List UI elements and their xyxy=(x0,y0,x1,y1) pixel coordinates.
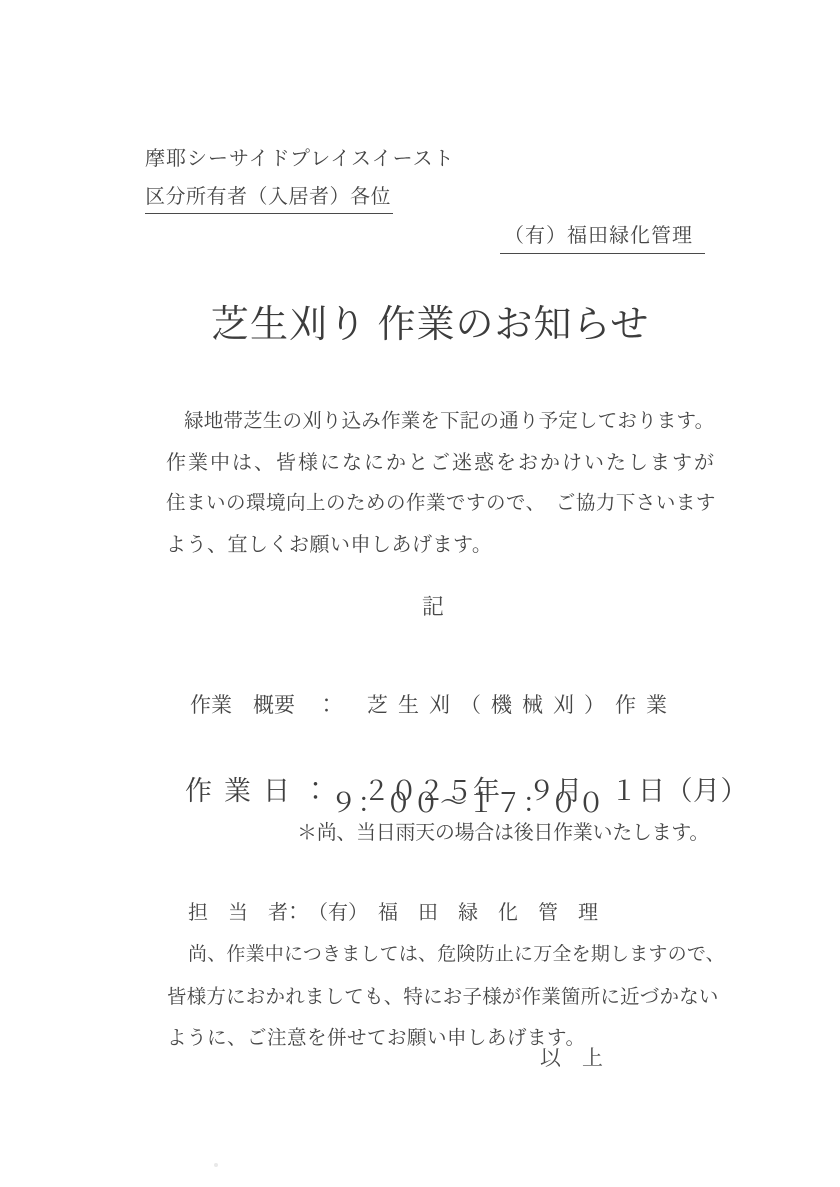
notice-title: 芝生刈り 作業のお知らせ xyxy=(211,304,649,348)
record-marker: 記 xyxy=(422,594,444,619)
addressee-building: 摩耶シーサイドプレイスイースト xyxy=(145,148,455,171)
rain-note: ＊尚、当日雨天の場合は後日作業いたします。 xyxy=(297,822,709,845)
intro-line-4: よう、宜しくお願い申しあげます。 xyxy=(166,534,492,557)
work-overview-line: 作業 概要 ：芝生刈（機械刈）作業 xyxy=(169,669,677,741)
work-overview-value: 芝生刈（機械刈）作業 xyxy=(367,693,677,717)
work-date-label: 作業日： xyxy=(185,776,341,806)
contact-line: 担 当 者： （有） 福 田 緑 化 管 理 xyxy=(188,902,598,925)
closing-mark: 以 上 xyxy=(540,1046,603,1070)
intro-line-2: 作業中は、皆様になにかとご迷惑をおかけいたしますが xyxy=(166,452,716,475)
caution-line-2: 皆様方におかれましても、特にお子様が作業箇所に近づかない xyxy=(167,987,719,1009)
intro-line-3: 住まいの環境向上のための作業ですので、 ご協力下さいます xyxy=(166,493,716,515)
addressee-residents: 区分所有者（入居者）各位 xyxy=(145,186,393,214)
sender-company: （有）福田緑化管理 xyxy=(500,225,705,254)
work-overview-label: 作業 概要 ： xyxy=(190,693,337,717)
caution-line-3: ように、ご注意を併せてお願い申しあげます。 xyxy=(167,1028,585,1050)
scan-speck xyxy=(214,1163,218,1167)
scanned-notice-page: 摩耶シーサイドプレイスイースト 区分所有者（入居者）各位 （有）福田緑化管理 芝… xyxy=(0,0,840,1187)
intro-line-1: 緑地帯芝生の刈り込み作業を下記の通り予定しております。 xyxy=(184,411,714,433)
caution-line-1: 尚、作業中につきましては、危険防止に万全を期しますので、 xyxy=(188,944,725,966)
work-time-value: ９：００～１７：００ xyxy=(330,788,605,819)
